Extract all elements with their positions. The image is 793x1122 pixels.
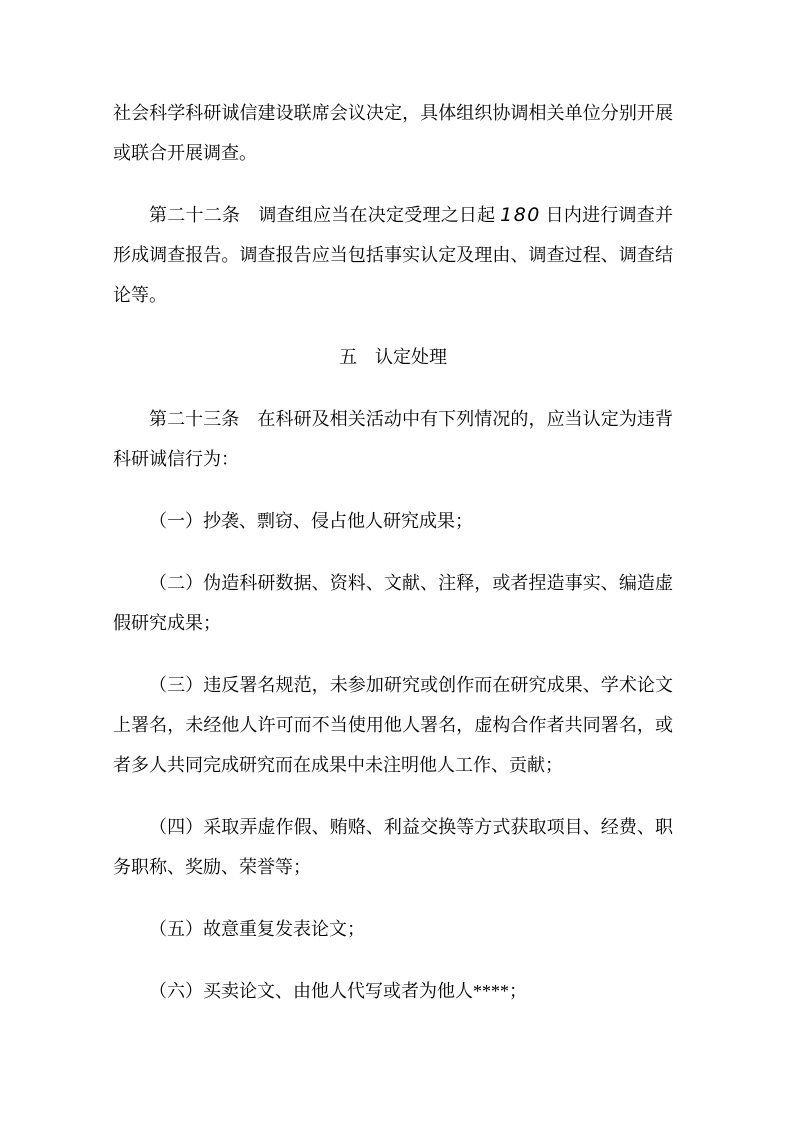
paragraph-article-23-intro: 第二十三条 在科研及相关活动中有下列情况的，应当认定为违背科研诚信行为：	[113, 399, 673, 479]
list-item-4: （四）采取弄虚作假、贿赂、利益交换等方式获取项目、经费、职务职称、奖励、荣誉等；	[113, 807, 673, 887]
article-22-text-before: 第二十二条 调查组应当在决定受理之日起	[149, 205, 500, 225]
document-page: 社会科学科研诚信建设联席会议决定，具体组织协调相关单位分别开展或联合开展调查。 …	[0, 0, 793, 1122]
list-item-5: （五）故意重复发表论文；	[113, 909, 673, 949]
list-item-1: （一）抄袭、剽窃、侵占他人研究成果；	[113, 501, 673, 541]
article-22-day-count: 180	[500, 204, 541, 226]
paragraph-article-22: 第二十二条 调查组应当在决定受理之日起 180 日内进行调查并形成调查报告。调查…	[113, 195, 673, 315]
paragraph-continuation: 社会科学科研诚信建设联席会议决定，具体组织协调相关单位分别开展或联合开展调查。	[113, 93, 673, 173]
list-item-2: （二）伪造科研数据、资料、文献、注释，或者捏造事实、编造虚假研究成果；	[113, 563, 673, 643]
list-item-3: （三）违反署名规范，未参加研究或创作而在研究成果、学术论文上署名，未经他人许可而…	[113, 665, 673, 785]
list-item-6: （六）买卖论文、由他人代写或者为他人****；	[113, 971, 673, 1011]
section-heading: 五 认定处理	[113, 337, 673, 377]
